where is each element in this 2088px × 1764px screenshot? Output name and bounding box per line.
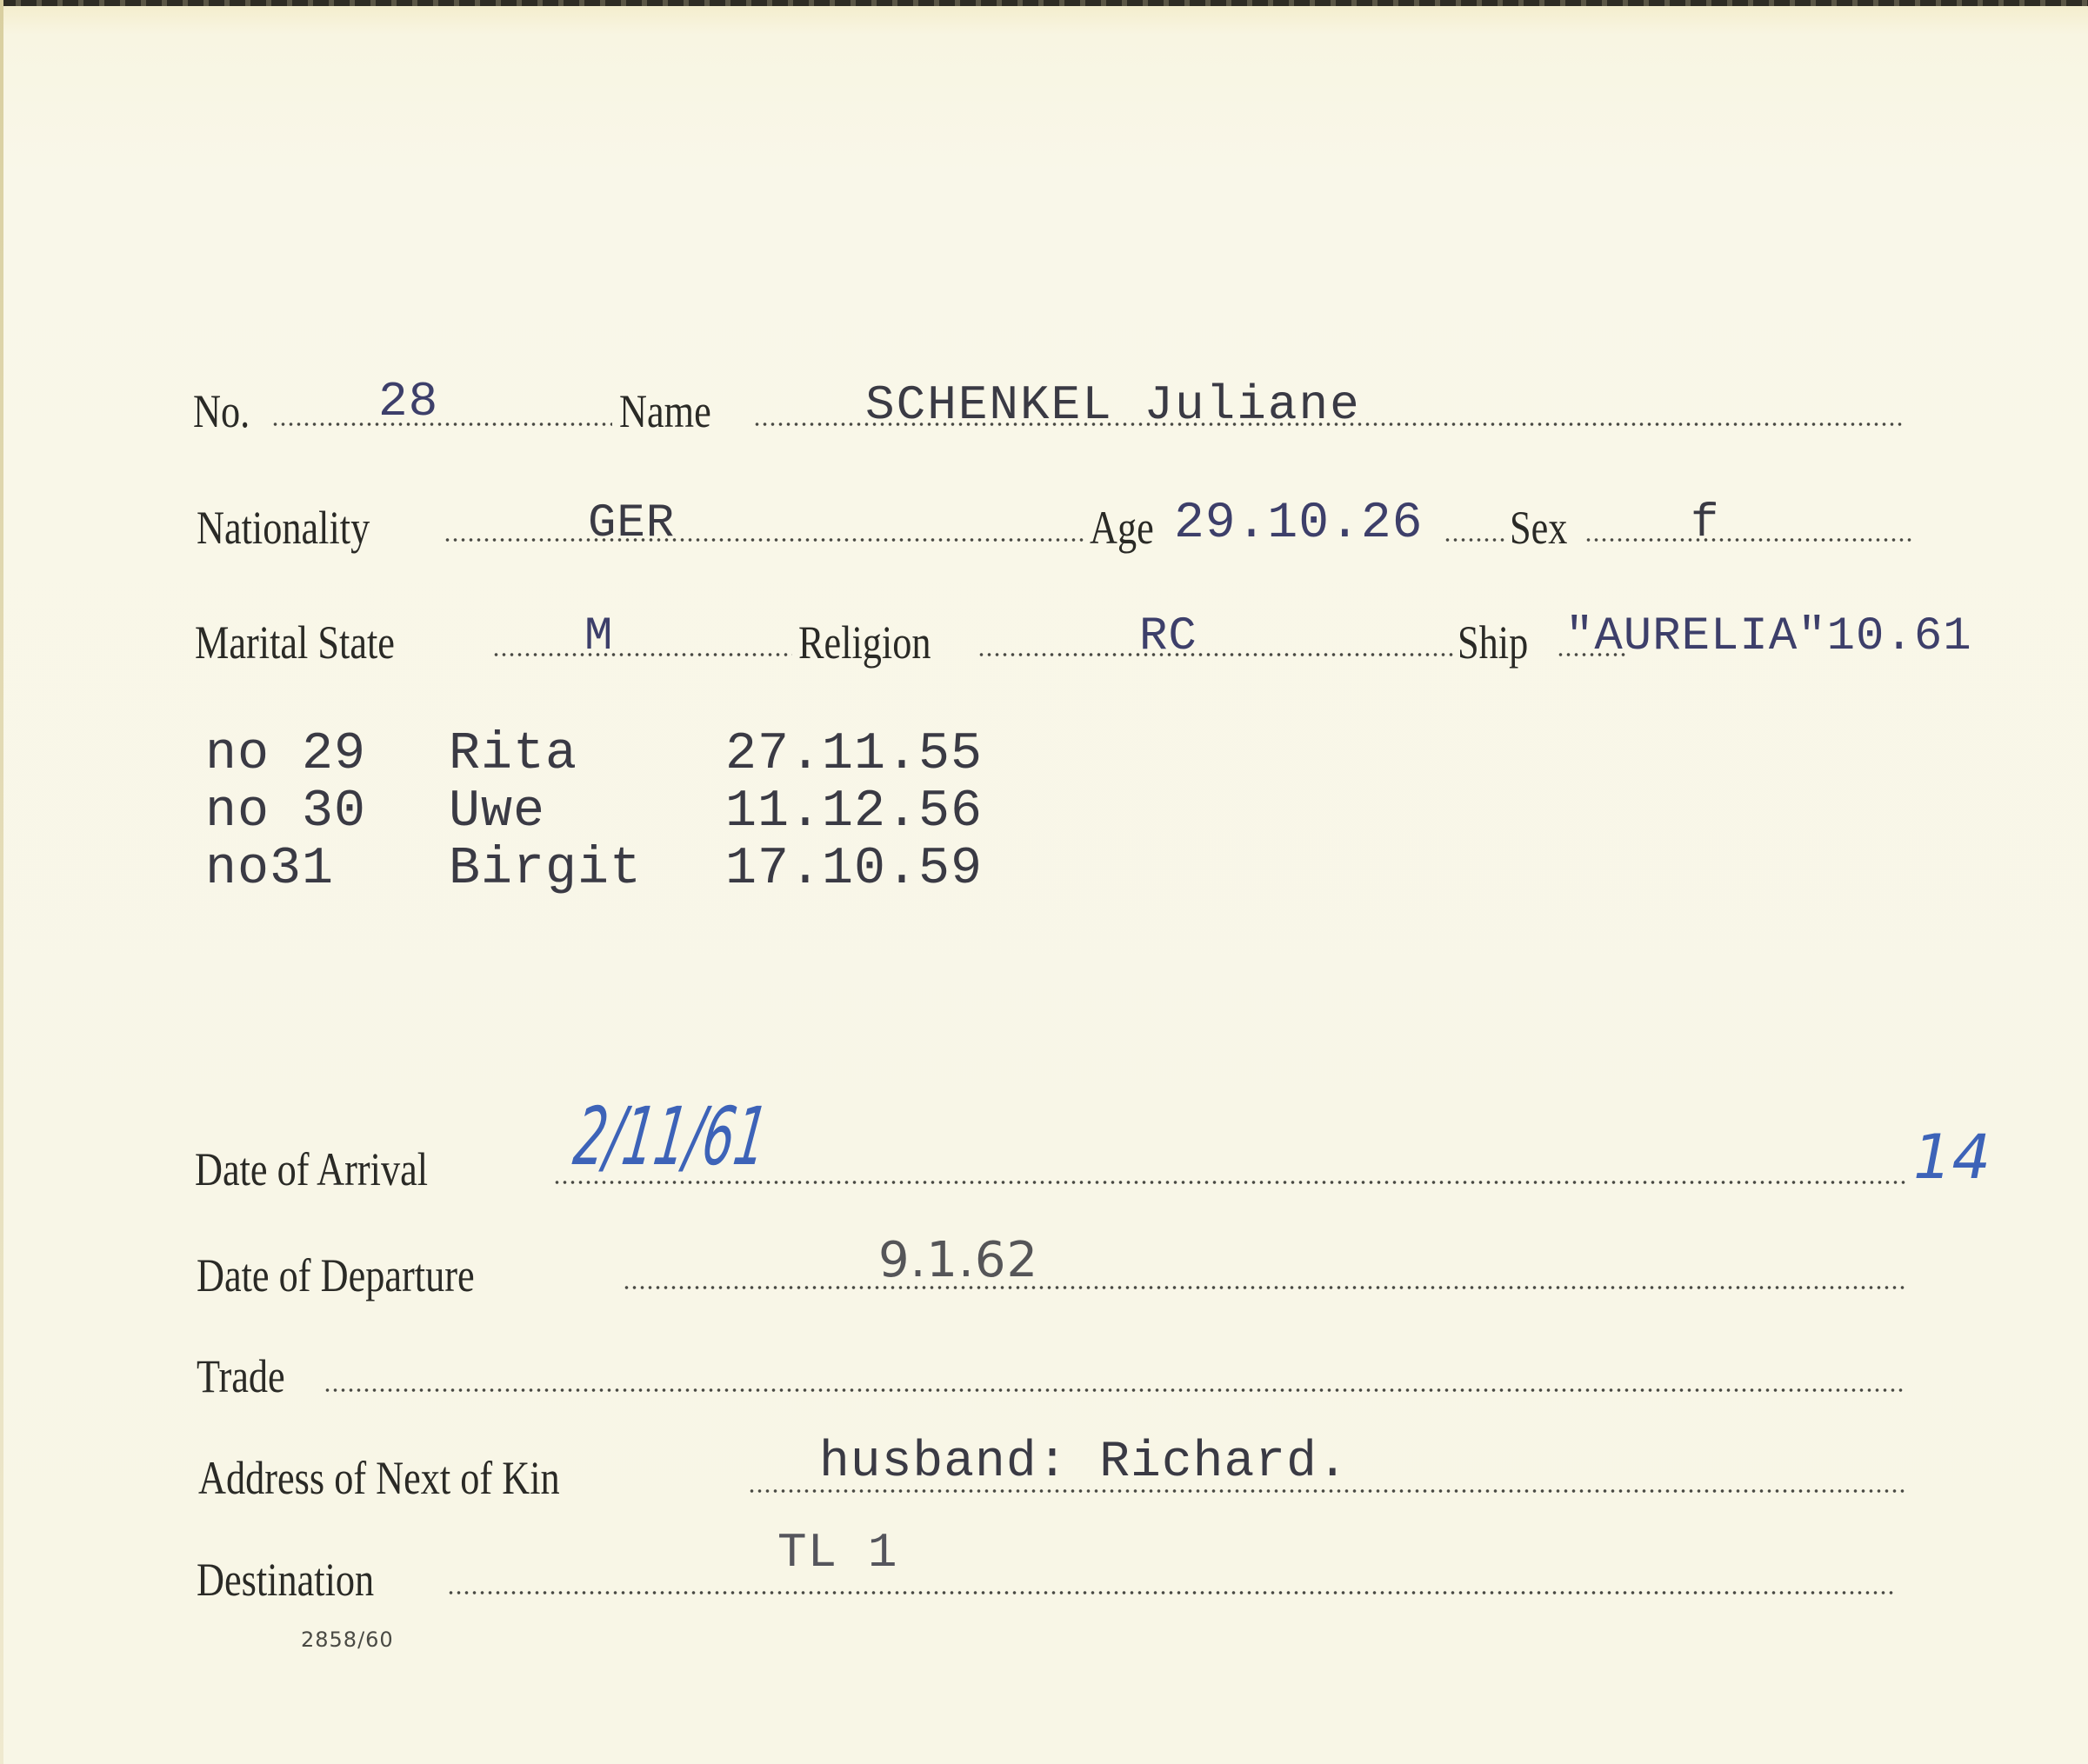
child-dob: 11.12.56 (725, 786, 983, 838)
no-value: 28 (378, 377, 438, 426)
destination-label: Destination (197, 1556, 374, 1603)
marital-state-dots (492, 653, 792, 656)
date-of-departure-dots (623, 1286, 1906, 1289)
registration-card: No. 28 Name SCHENKEL Juliane Nationality… (0, 0, 2088, 1764)
child-name: Rita (449, 729, 577, 781)
date-of-departure-label: Date of Departure (197, 1252, 475, 1299)
marital-state-value: M (584, 614, 613, 661)
trade-dots (324, 1388, 1906, 1392)
child-no: no 30 (205, 786, 366, 838)
sex-dots (1584, 538, 1913, 542)
child-name: Uwe (449, 786, 545, 838)
form-number: 2858/60 (301, 1628, 394, 1652)
ship-label: Ship (1458, 619, 1528, 666)
destination-value: TL 1 (777, 1528, 897, 1577)
sex-label: Sex (1510, 504, 1567, 551)
nationality-dots (444, 538, 1087, 542)
child-dob: 27.11.55 (725, 729, 983, 781)
date-of-arrival-value: 2/11/61 (570, 1097, 772, 1177)
nationality-label: Nationality (197, 504, 370, 551)
marital-state-label: Marital State (195, 619, 395, 666)
card-left-edge (0, 0, 3, 1764)
ship-value: "AURELIA"10.61 (1565, 614, 1972, 661)
religion-label: Religion (798, 619, 931, 666)
trade-label: Trade (197, 1353, 285, 1400)
child-name: Birgit (449, 843, 642, 895)
nationality-value: GER (588, 501, 675, 548)
age-value: 29.10.26 (1174, 499, 1423, 549)
name-label: Name (619, 388, 711, 435)
sex-value: f (1691, 501, 1719, 548)
next-of-kin-value: husband: Richard. (819, 1438, 1349, 1488)
date-of-arrival-label: Date of Arrival (195, 1146, 428, 1193)
child-dob: 17.10.59 (725, 843, 983, 895)
no-label: No. (193, 388, 250, 435)
destination-dots (447, 1591, 1896, 1594)
name-value: SCHENKEL Juliane (865, 381, 1361, 429)
religion-value: RC (1139, 614, 1197, 661)
no-dots (271, 423, 612, 426)
card-top-edge (0, 0, 2088, 6)
child-no: no31 (205, 843, 334, 895)
next-of-kin-label: Address of Next of Kin (198, 1454, 560, 1501)
age-dots (1444, 538, 1504, 542)
margin-note: 14 (1913, 1127, 1991, 1188)
religion-dots (977, 653, 1454, 656)
child-no: no 29 (205, 729, 366, 781)
age-label: Age (1090, 504, 1154, 551)
date-of-departure-value: 9.1.62 (878, 1236, 1038, 1285)
